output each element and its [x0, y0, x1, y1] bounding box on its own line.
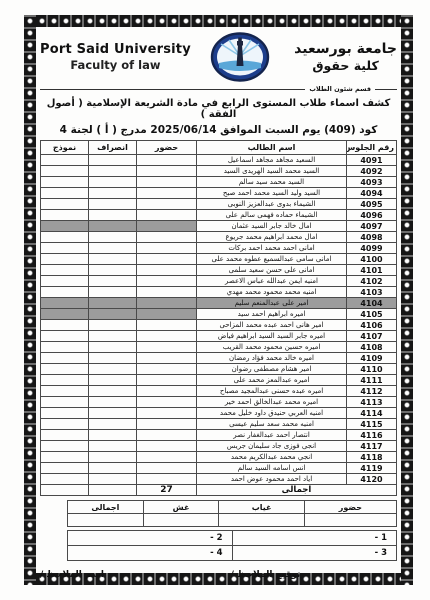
cell-seat: 4110 [347, 364, 397, 375]
cell-form [41, 430, 89, 441]
cell-leave [89, 353, 137, 364]
cell-form [41, 463, 89, 474]
cell-seat: 4092 [347, 166, 397, 177]
cell-name: امير هشام مصطفى رضوان [197, 364, 347, 375]
notes-section: - 1 - 2 - 3 - 4 [40, 530, 397, 561]
cell-name: امانى احمد محمد احمد بركات [197, 243, 347, 254]
cell-name: الشيماء بدوى عبدالعزيز النوبى [197, 199, 347, 210]
cell-form [41, 188, 89, 199]
table-row: 4095الشيماء بدوى عبدالعزيز النوبى [41, 199, 397, 210]
cell-present [137, 298, 197, 309]
cell-seat: 4100 [347, 254, 397, 265]
cell-present [137, 331, 197, 342]
port-said-university-emblem-icon [209, 32, 271, 82]
cell-leave [89, 342, 137, 353]
cell-seat: 4098 [347, 232, 397, 243]
cell-seat: 4097 [347, 221, 397, 232]
cell-seat: 4112 [347, 386, 397, 397]
document-footer: اسم الملاحظ / توقيع الملاحظ / [40, 570, 397, 580]
cell-seat: 4106 [347, 320, 397, 331]
cell-present [137, 287, 197, 298]
cell-form [41, 298, 89, 309]
cell-name: امنيه محمد محمود محمد مهدي [197, 287, 347, 298]
cell-present [137, 254, 197, 265]
note-cell-4: - 4 [68, 546, 233, 561]
cell-seat: 4102 [347, 276, 397, 287]
cell-present [137, 320, 197, 331]
summary-header-attendance: حضور [304, 501, 396, 514]
total-departure-cell [89, 485, 137, 496]
table-row: 4114امنيه العربي حنيدق داود خليل محمد [41, 408, 397, 419]
table-row: 4112اميره عبده حسنى عبدالمجيد مصباح [41, 386, 397, 397]
cell-leave [89, 309, 137, 320]
cell-name: اميره عبدالمعز محمد على [197, 375, 347, 386]
header-student-name: اسم الطالب [197, 141, 347, 155]
cell-present [137, 155, 197, 166]
table-row: 4106امير هانى احمد عبده محمد المزاحى [41, 320, 397, 331]
summary-header-total: اجمالى [68, 501, 144, 514]
cell-name: اميره حسين محمود محمد القريب [197, 342, 347, 353]
cell-leave [89, 287, 137, 298]
cell-leave [89, 452, 137, 463]
cell-form [41, 397, 89, 408]
cell-present [137, 276, 197, 287]
note-cell-2: - 2 [68, 531, 233, 546]
table-row: 4092السيد محمد السيد الهريدى السيد [41, 166, 397, 177]
cell-form [41, 441, 89, 452]
table-row: 4109اميره خالد محمد فؤاد رمضان [41, 353, 397, 364]
cell-name: انجي محمد عبدالكريم محمد [197, 452, 347, 463]
cell-leave [89, 177, 137, 188]
cell-leave [89, 265, 137, 276]
cell-form [41, 199, 89, 210]
cell-name: السعيد مجاهد مجاهد اسماعيل [197, 155, 347, 166]
cell-leave [89, 166, 137, 177]
cell-seat: 4109 [347, 353, 397, 364]
table-row: 4091السعيد مجاهد مجاهد اسماعيل [41, 155, 397, 166]
cell-leave [89, 254, 137, 265]
sheet-subtitle: كود (409) يوم السبت الموافق 2025/06/14 م… [40, 124, 397, 136]
cell-leave [89, 155, 137, 166]
summary-table: حضور غياب غش اجمالى [67, 500, 397, 527]
table-row: 4105اميره ابراهيم احمد سيد [41, 309, 397, 320]
cell-seat: 4094 [347, 188, 397, 199]
cell-leave [89, 419, 137, 430]
numbered-notes-table: - 1 - 2 - 3 - 4 [67, 530, 397, 561]
cell-leave [89, 375, 137, 386]
cell-present [137, 397, 197, 408]
cell-present [137, 309, 197, 320]
cell-present [137, 430, 197, 441]
cell-present [137, 474, 197, 485]
cell-form [41, 221, 89, 232]
header-form: نموذج [41, 141, 89, 155]
cell-present [137, 386, 197, 397]
cell-present [137, 243, 197, 254]
cell-seat: 4119 [347, 463, 397, 474]
table-row: 4103امنيه محمد محمود محمد مهدي [41, 287, 397, 298]
cell-form [41, 452, 89, 463]
header-attendance: حضور [137, 141, 197, 155]
summary-total-cell [68, 514, 144, 527]
summary-values-row [68, 514, 397, 527]
cell-seat: 4105 [347, 309, 397, 320]
cell-seat: 4091 [347, 155, 397, 166]
cell-form [41, 364, 89, 375]
cell-form [41, 210, 89, 221]
cell-present [137, 221, 197, 232]
header-departure: انصراف [89, 141, 137, 155]
cell-form [41, 232, 89, 243]
divider-line-left [40, 89, 305, 90]
cell-seat: 4120 [347, 474, 397, 485]
cell-form [41, 254, 89, 265]
table-row: 4099امانى احمد محمد احمد بركات [41, 243, 397, 254]
cell-name: انجى فوزى جاد سليمان جريس [197, 441, 347, 452]
document-content: Port Said University Faculty of law جامع… [40, 29, 397, 570]
cell-seat: 4111 [347, 375, 397, 386]
table-row: 4119انس اسامه السيد سالم [41, 463, 397, 474]
faculty-name-en: Faculty of law [40, 58, 191, 72]
cell-present [137, 199, 197, 210]
cell-name: امال محمد ابراهيم محمد جريوع [197, 232, 347, 243]
cell-leave [89, 188, 137, 199]
table-row: 4116انتصار احمد عبدالغفار نصر [41, 430, 397, 441]
observer-name-label: اسم الملاحظ / [40, 570, 104, 580]
cell-name: امانى على حسن سعيد سلمى [197, 265, 347, 276]
cell-leave [89, 408, 137, 419]
cell-leave [89, 320, 137, 331]
cell-seat: 4096 [347, 210, 397, 221]
cell-name: امانى سامى عبدالسميع عطوه محمد على [197, 254, 347, 265]
cell-leave [89, 474, 137, 485]
cell-name: السيد محمد السيد الهريدى السيد [197, 166, 347, 177]
observer-signature-label: توقيع الملاحظ / [201, 570, 301, 580]
table-row: 4096الشيماء حماده فهمى سالم على [41, 210, 397, 221]
cell-name: اميره جابر السيد السيد ابراهيم فياض [197, 331, 347, 342]
document-header: Port Said University Faculty of law جامع… [40, 31, 397, 83]
summary-section: حضور غياب غش اجمالى [40, 500, 397, 527]
cell-name: السيد محمد سيد سالم [197, 177, 347, 188]
cell-form [41, 408, 89, 419]
cell-leave [89, 298, 137, 309]
cell-seat: 4116 [347, 430, 397, 441]
cell-name: اميره عبده حسنى عبدالمجيد مصباح [197, 386, 347, 397]
table-row: 4110امير هشام مصطفى رضوان [41, 364, 397, 375]
cell-leave [89, 210, 137, 221]
decorative-border-left [24, 15, 36, 585]
decorative-border-top [24, 15, 413, 27]
total-present-count: 27 [137, 485, 197, 496]
cell-present [137, 408, 197, 419]
document-page: Port Said University Faculty of law جامع… [0, 0, 430, 600]
cell-name: اميره ابراهيم احمد سيد [197, 309, 347, 320]
table-row: 4118انجي محمد عبدالكريم محمد [41, 452, 397, 463]
cell-name: انتصار احمد عبدالغفار نصر [197, 430, 347, 441]
cell-present [137, 441, 197, 452]
table-row: 4117انجى فوزى جاد سليمان جريس [41, 441, 397, 452]
table-row: 4104امير على عبدالمنعم سليم [41, 298, 397, 309]
table-row: 4107اميره جابر السيد السيد ابراهيم فياض [41, 331, 397, 342]
cell-form [41, 265, 89, 276]
cell-seat: 4117 [347, 441, 397, 452]
cell-leave [89, 463, 137, 474]
cell-present [137, 452, 197, 463]
cell-present [137, 188, 197, 199]
cell-present [137, 463, 197, 474]
table-row: 4101امانى على حسن سعيد سلمى [41, 265, 397, 276]
cell-form [41, 309, 89, 320]
cell-present [137, 232, 197, 243]
sheet-title: كشف اسماء طلاب المستوى الرابع في مادة ال… [40, 98, 397, 120]
cell-seat: 4095 [347, 199, 397, 210]
cell-present [137, 375, 197, 386]
cell-leave [89, 430, 137, 441]
cell-leave [89, 386, 137, 397]
cell-name: امير هانى احمد عبده محمد المزاحى [197, 320, 347, 331]
cell-name: اميره خالد محمد فؤاد رمضان [197, 353, 347, 364]
cell-seat: 4103 [347, 287, 397, 298]
summary-cheating-cell [143, 514, 219, 527]
cell-form [41, 375, 89, 386]
university-name-en-line1: Port Said University [40, 42, 191, 58]
cell-present [137, 342, 197, 353]
university-name-ar-line1: جامعة بورسعيد [294, 40, 397, 58]
table-row: 4102امنيه ايمن عبدالله عباس الاعصر [41, 276, 397, 287]
cell-leave [89, 243, 137, 254]
cell-leave [89, 199, 137, 210]
university-name-ar: جامعة بورسعيد كلية حقوق [288, 40, 397, 74]
cell-seat: 4114 [347, 408, 397, 419]
cell-present [137, 210, 197, 221]
decorative-border-right [401, 15, 413, 585]
cell-name: امنيه العربي حنيدق داود خليل محمد [197, 408, 347, 419]
header-seat-number: رقم الجلوس [347, 141, 397, 155]
table-row: 4097امال خالد جابر السيد عثمان [41, 221, 397, 232]
cell-name: اياد احمد محمود عوض احمد [197, 474, 347, 485]
cell-seat: 4101 [347, 265, 397, 276]
cell-form [41, 287, 89, 298]
cell-form [41, 243, 89, 254]
cell-seat: 4108 [347, 342, 397, 353]
cell-name: السيد وليد السيد محمد احمد صبح [197, 188, 347, 199]
cell-name: امير على عبدالمنعم سليم [197, 298, 347, 309]
total-form-cell [41, 485, 89, 496]
cell-name: انس اسامه السيد سالم [197, 463, 347, 474]
cell-form [41, 166, 89, 177]
summary-header-row: حضور غياب غش اجمالى [68, 501, 397, 514]
cell-form [41, 342, 89, 353]
cell-present [137, 364, 197, 375]
cell-name: امنيه ايمن عبدالله عباس الاعصر [197, 276, 347, 287]
table-row: 4094السيد وليد السيد محمد احمد صبح [41, 188, 397, 199]
cell-leave [89, 331, 137, 342]
cell-present [137, 265, 197, 276]
attendance-table: رقم الجلوس اسم الطالب حضور انصراف نموذج … [40, 140, 397, 496]
note-cell-3: - 3 [232, 546, 397, 561]
cell-form [41, 331, 89, 342]
cell-form [41, 177, 89, 188]
faculty-name-ar: كلية حقوق [294, 58, 397, 74]
cell-leave [89, 276, 137, 287]
cell-name: الشيماء حماده فهمى سالم على [197, 210, 347, 221]
table-row: 4093السيد محمد سيد سالم [41, 177, 397, 188]
cell-seat: 4104 [347, 298, 397, 309]
cell-present [137, 166, 197, 177]
cell-form [41, 353, 89, 364]
student-table-body: 4091السعيد مجاهد مجاهد اسماعيل4092السيد … [41, 155, 397, 485]
table-row: 4120اياد احمد محمود عوض احمد [41, 474, 397, 485]
cell-seat: 4107 [347, 331, 397, 342]
cell-leave [89, 364, 137, 375]
cell-seat: 4113 [347, 397, 397, 408]
cell-form [41, 474, 89, 485]
cell-form [41, 155, 89, 166]
attendance-table-header-row: رقم الجلوس اسم الطالب حضور انصراف نموذج [41, 141, 397, 155]
divider-line-right [375, 89, 397, 90]
cell-name: امال خالد جابر السيد عثمان [197, 221, 347, 232]
cell-seat: 4099 [347, 243, 397, 254]
table-row: 4113اميره محمد عبدالخالق احمد خير [41, 397, 397, 408]
cell-form [41, 386, 89, 397]
cell-seat: 4093 [347, 177, 397, 188]
cell-seat: 4115 [347, 419, 397, 430]
table-row: 4108اميره حسين محمود محمد القريب [41, 342, 397, 353]
table-row: 4098امال محمد ابراهيم محمد جريوع [41, 232, 397, 243]
notes-row-1: - 1 - 2 [68, 531, 397, 546]
summary-attendance-cell [304, 514, 396, 527]
note-cell-1: - 1 [232, 531, 397, 546]
total-row: اجمالى 27 [41, 485, 397, 496]
cell-present [137, 177, 197, 188]
cell-form [41, 276, 89, 287]
cell-present [137, 353, 197, 364]
university-name-en: Port Said University Faculty of law [40, 42, 191, 73]
table-row: 4115امنيه محمد سعد سليم عيسى [41, 419, 397, 430]
cell-seat: 4118 [347, 452, 397, 463]
department-divider: قسم شئون الطلاب [40, 84, 397, 94]
summary-header-cheating: غش [143, 501, 219, 514]
table-row: 4111اميره عبدالمعز محمد على [41, 375, 397, 386]
cell-leave [89, 221, 137, 232]
cell-name: امنيه محمد سعد سليم عيسى [197, 419, 347, 430]
cell-leave [89, 397, 137, 408]
cell-form [41, 320, 89, 331]
department-label: قسم شئون الطلاب [305, 85, 375, 93]
cell-leave [89, 232, 137, 243]
table-row: 4100امانى سامى عبدالسميع عطوه محمد على [41, 254, 397, 265]
cell-form [41, 419, 89, 430]
cell-name: اميره محمد عبدالخالق احمد خير [197, 397, 347, 408]
cell-leave [89, 441, 137, 452]
summary-absence-cell [219, 514, 305, 527]
total-label: اجمالى [197, 485, 397, 496]
summary-header-absence: غياب [219, 501, 305, 514]
notes-row-2: - 3 - 4 [68, 546, 397, 561]
cell-present [137, 419, 197, 430]
